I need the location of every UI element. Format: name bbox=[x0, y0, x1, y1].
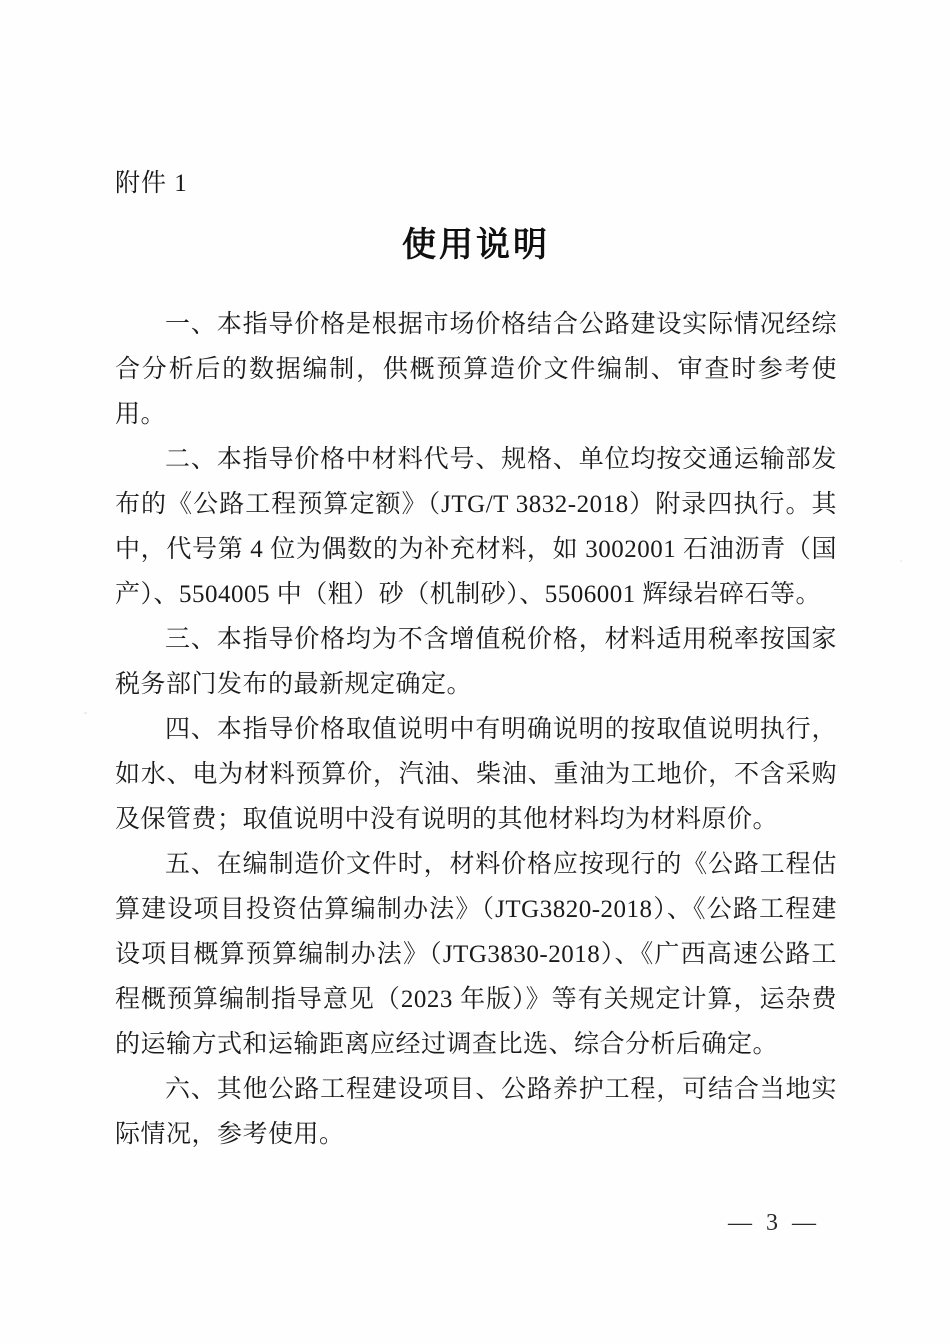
scan-speck bbox=[900, 560, 902, 562]
document-title: 使用说明 bbox=[115, 226, 837, 266]
paragraph-6: 六、其他公路工程建设项目、公路养护工程，可结合当地实际情况，参考使用。 bbox=[115, 1067, 837, 1157]
attachment-label: 附件 1 bbox=[115, 168, 837, 200]
paragraph-1: 一、本指导价格是根据市场价格结合公路建设实际情况经综合分析后的数据编制，供概预算… bbox=[115, 302, 837, 437]
paragraph-3: 三、本指导价格均为不含增值税价格，材料适用税率按国家税务部门发布的最新规定确定。 bbox=[115, 617, 837, 707]
document-body: 一、本指导价格是根据市场价格结合公路建设实际情况经综合分析后的数据编制，供概预算… bbox=[115, 302, 837, 1157]
document-page: 附件 1 使用说明 一、本指导价格是根据市场价格结合公路建设实际情况经综合分析后… bbox=[0, 0, 950, 1343]
paragraph-4: 四、本指导价格取值说明中有明确说明的按取值说明执行，如水、电为材料预算价，汽油、… bbox=[115, 707, 837, 842]
scan-speck bbox=[84, 712, 87, 714]
paragraph-2: 二、本指导价格中材料代号、规格、单位均按交通运输部发布的《公路工程预算定额》（J… bbox=[115, 437, 837, 617]
paragraph-5: 五、在编制造价文件时，材料价格应按现行的《公路工程估算建设项目投资估算编制办法》… bbox=[115, 842, 837, 1067]
page-number: — 3 — bbox=[728, 1210, 820, 1237]
document-content: 附件 1 使用说明 一、本指导价格是根据市场价格结合公路建设实际情况经综合分析后… bbox=[115, 168, 837, 1157]
